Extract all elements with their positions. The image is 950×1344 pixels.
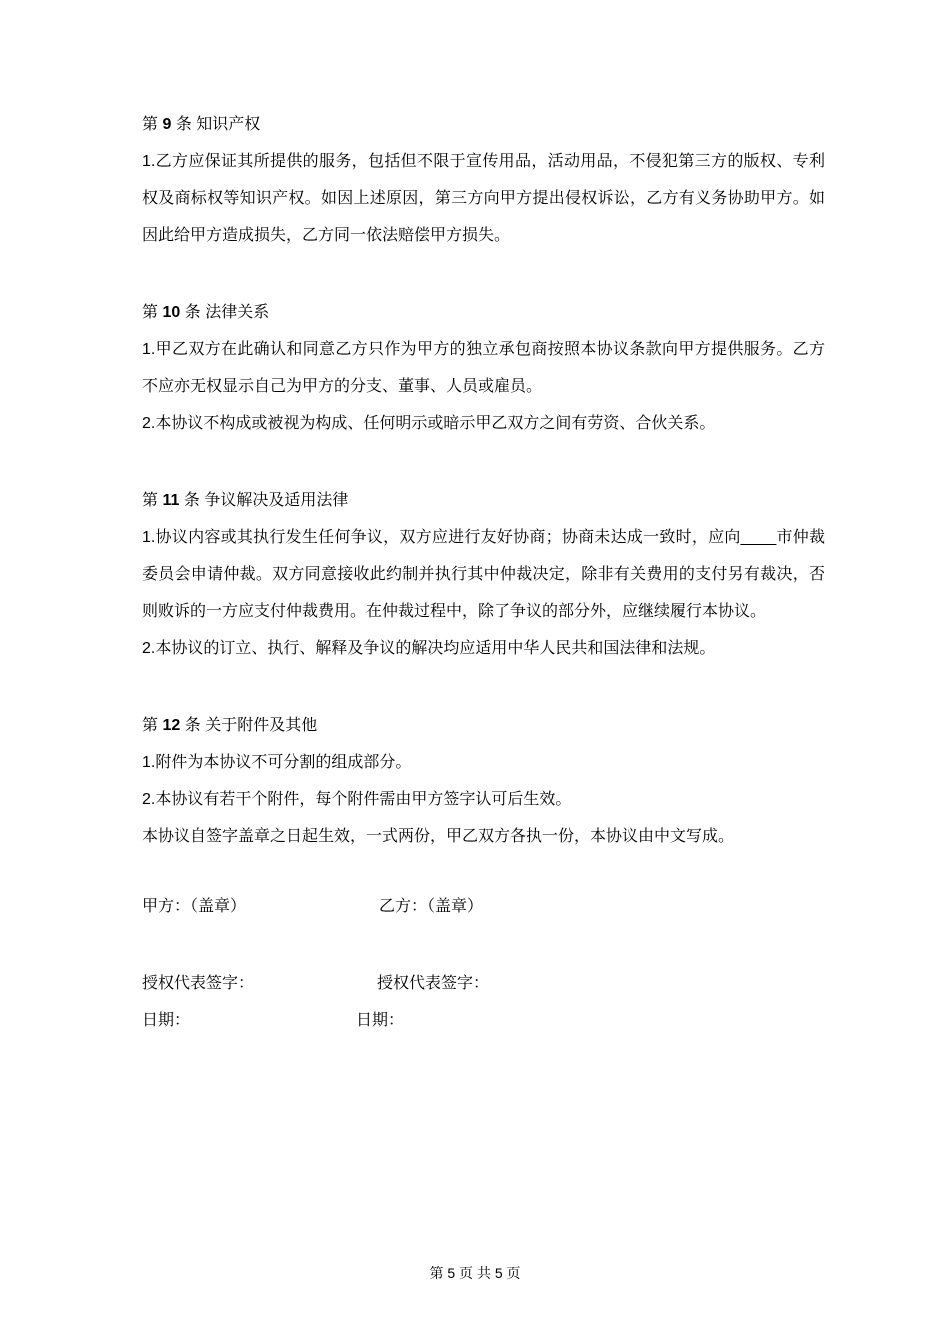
clause-paragraph: 1.协议内容或其执行发生任何争议，双方应进行友好协商；协商未达成一致时，应向__… [142,519,825,630]
section-heading: 第 9 条 知识产权 [142,106,825,143]
clause-paragraph: 2.本协议不构成或被视为构成、任何明示或暗示甲乙双方之间有劳资、合伙关系。 [142,405,825,442]
section-dispute-resolution: 第 11 条 争议解决及适用法律 1.协议内容或其执行发生任何争议，双方应进行友… [142,482,825,667]
party-a-seal-label: 甲方：（盖章） [142,888,379,925]
party-a-representative-signature-label: 授权代表签字： [142,965,377,1002]
clause-paragraph: 2.本协议有若干个附件，每个附件需由甲方签字认可后生效。 [142,781,825,818]
heading-prefix: 第 [142,116,158,133]
heading-title: 法律关系 [205,304,269,321]
heading-number: 12 [162,717,180,734]
heading-number: 11 [162,492,179,509]
section-attachments-others: 第 12 条 关于附件及其他 1.附件为本协议不可分割的组成部分。 2.本协议有… [142,707,825,855]
heading-suffix: 条 [185,304,201,321]
heading-suffix: 条 [185,717,201,734]
heading-prefix: 第 [142,304,158,321]
section-heading: 第 11 条 争议解决及适用法律 [142,482,825,519]
section-legal-relationship: 第 10 条 法律关系 1.甲乙双方在此确认和同意乙方只作为甲方的独立承包商按照… [142,294,825,442]
clause-paragraph: 2.本协议的订立、执行、解释及争议的解决均应适用中华人民共和国法律和法规。 [142,630,825,667]
heading-title: 知识产权 [196,116,260,133]
section-heading: 第 12 条 关于附件及其他 [142,707,825,744]
signature-representative-row: 授权代表签字：授权代表签字： [142,965,825,1002]
party-b-representative-signature-label: 授权代表签字： [377,975,489,992]
clause-paragraph: 本协议自签字盖章之日起生效，一式两份，甲乙双方各执一份，本协议由中文写成。 [142,818,825,855]
party-b-seal-label: 乙方：（盖章） [379,898,483,915]
party-a-date-label: 日期： [142,1002,356,1039]
heading-suffix: 条 [184,492,200,509]
clause-paragraph: 1.乙方应保证其所提供的服务，包括但不限于宣传用品，活动用品，不侵犯第三方的版权… [142,143,825,254]
heading-prefix: 第 [142,492,158,509]
signature-block: 甲方：（盖章）乙方：（盖章） 授权代表签字：授权代表签字： 日期：日期： [142,888,825,1039]
heading-number: 9 [162,116,171,133]
page-number: 第 5 页 共 5 页 [0,1264,950,1282]
signature-seal-row: 甲方：（盖章）乙方：（盖章） [142,888,825,925]
party-b-date-label: 日期： [356,1012,404,1029]
clause-paragraph: 1.甲乙双方在此确认和同意乙方只作为甲方的独立承包商按照本协议条款向甲方提供服务… [142,331,825,405]
section-heading: 第 10 条 法律关系 [142,294,825,331]
contract-page: 第 9 条 知识产权 1.乙方应保证其所提供的服务，包括但不限于宣传用品，活动用… [142,106,825,1039]
section-intellectual-property: 第 9 条 知识产权 1.乙方应保证其所提供的服务，包括但不限于宣传用品，活动用… [142,106,825,254]
signature-date-row: 日期：日期： [142,1002,825,1039]
clause-paragraph: 1.附件为本协议不可分割的组成部分。 [142,744,825,781]
heading-prefix: 第 [142,717,158,734]
heading-title: 争议解决及适用法律 [204,492,348,509]
heading-suffix: 条 [176,116,192,133]
heading-title: 关于附件及其他 [205,717,317,734]
heading-number: 10 [162,304,180,321]
